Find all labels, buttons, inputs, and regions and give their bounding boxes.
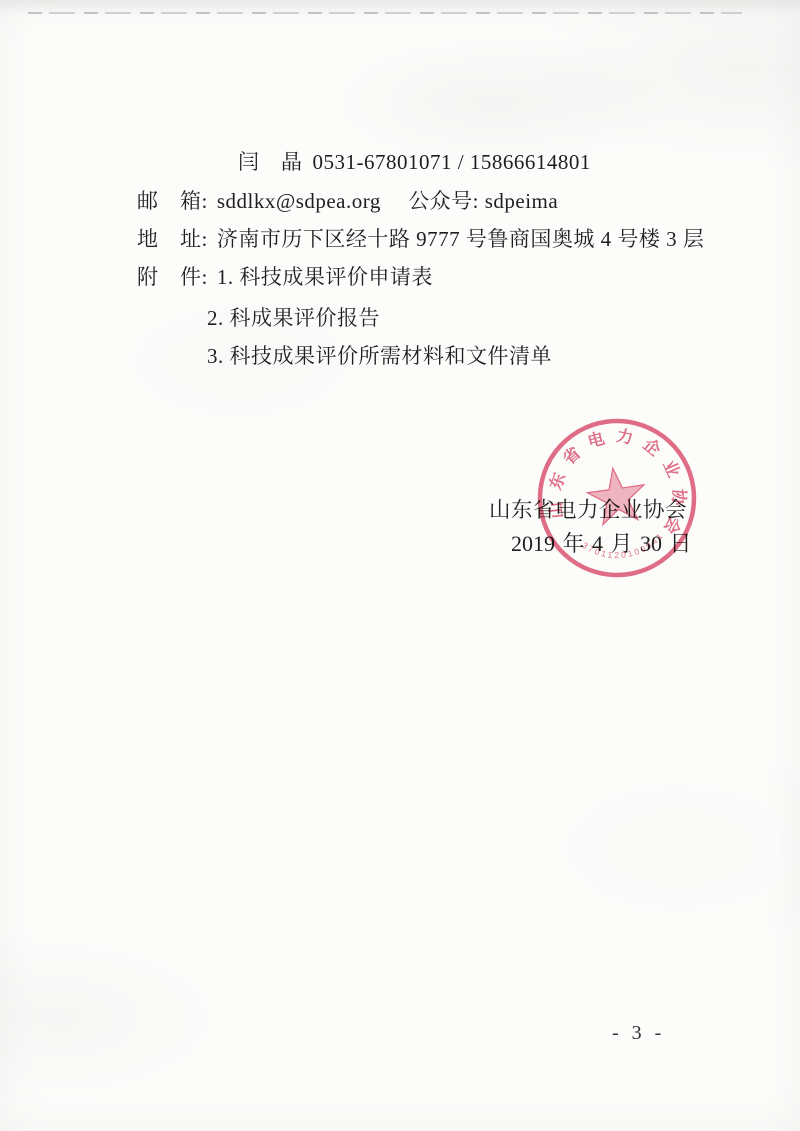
attachments-row: 附 件:1. 科技成果评价申请表 <box>137 265 433 289</box>
contact-line: 闫 晶0531-67801071 / 15866614801 <box>238 150 591 174</box>
scan-artifact-line <box>28 12 742 14</box>
contact-phone: 0531-67801071 / 15866614801 <box>313 150 591 174</box>
email-value: sddlkx@sdpea.org 公众号: sdpeima <box>217 189 558 213</box>
address-value: 济南市历下区经十路 9777 号鲁商国奥城 4 号楼 3 层 <box>217 227 705 251</box>
signature-date: 2019 年 4 月 30 日 <box>511 527 692 558</box>
email-row: 邮 箱:sddlkx@sdpea.org 公众号: sdpeima <box>137 189 558 213</box>
page-number: - 3 - <box>612 1022 663 1045</box>
contact-name: 闫 晶 <box>238 150 303 174</box>
attachment-item-1: 1. 科技成果评价申请表 <box>217 265 433 289</box>
attachment-item-2: 2. 科成果评价报告 <box>207 306 380 330</box>
address-row: 地 址:济南市历下区经十路 9777 号鲁商国奥城 4 号楼 3 层 <box>137 227 704 251</box>
email-label: 邮 箱: <box>137 189 208 213</box>
address-label: 地 址: <box>137 227 208 251</box>
attachment-item-3: 3. 科技成果评价所需材料和文件清单 <box>207 344 552 368</box>
signature-organization: 山东省电力企业协会 <box>489 493 687 524</box>
attachments-label: 附 件: <box>137 265 208 289</box>
scanned-document-page: 闫 晶0531-67801071 / 15866614801 邮 箱:sddlk… <box>0 0 800 1131</box>
